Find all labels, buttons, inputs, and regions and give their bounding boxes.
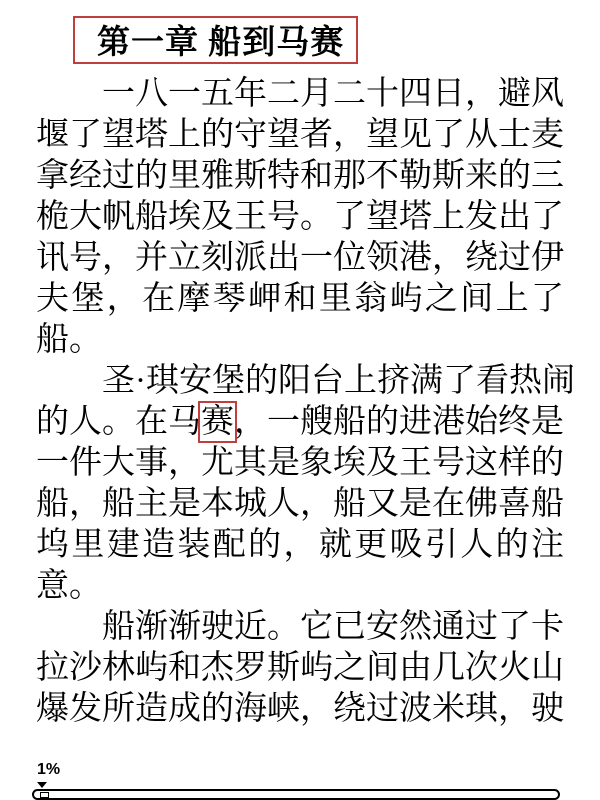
text-line: 意。 xyxy=(36,566,564,607)
text-line: 爆发所造成的海峡，绕过波米琪，驶 xyxy=(36,689,564,730)
text-line: 圣·琪安堡的阳台上挤满了看热闹 xyxy=(36,361,564,402)
text-line: 拉沙林屿和杰罗斯屿之间由几次火山 xyxy=(36,648,564,689)
text-line: 船，船主是本城人，船又是在佛喜船 xyxy=(36,484,564,525)
text-line: 夫堡，在摩琴岬和里翁屿之间上了 xyxy=(36,279,564,320)
text-line: 船。 xyxy=(36,320,564,361)
text-line: 坞里建造装配的，就更吸引人的注 xyxy=(36,525,564,566)
search-highlight-box: 赛 xyxy=(201,404,234,440)
triangle-down-icon xyxy=(37,782,47,788)
progress-bar[interactable] xyxy=(32,789,560,800)
progress-thumb[interactable] xyxy=(40,792,49,798)
progress-percent-label: 1% xyxy=(37,761,60,779)
text-before-highlight: 的人。在马 xyxy=(36,404,201,440)
text-line: 堰了望塔上的守望者，望见了从士麦 xyxy=(36,115,564,156)
chapter-title-box: 第一章 船到马赛 xyxy=(73,16,358,64)
ebook-reader-page: 第一章 船到马赛 一八一五年二月二十四日，避风堰了望塔上的守望者，望见了从士麦拿… xyxy=(0,0,600,800)
page-text: 一八一五年二月二十四日，避风堰了望塔上的守望者，望见了从士麦拿经过的里雅斯特和那… xyxy=(36,74,564,730)
text-after-highlight: ，一艘船的进港始终是 xyxy=(234,404,564,440)
text-line: 讯号，并立刻派出一位领港，绕过伊 xyxy=(36,238,564,279)
text-line: 拿经过的里雅斯特和那不勒斯来的三 xyxy=(36,156,564,197)
text-line: 的人。在马赛，一艘船的进港始终是 xyxy=(36,402,564,443)
text-line: 一八一五年二月二十四日，避风 xyxy=(36,74,564,115)
text-line: 船渐渐驶近。它已安然通过了卡 xyxy=(36,607,564,648)
text-line: 一件大事，尤其是象埃及王号这样的 xyxy=(36,443,564,484)
text-line: 桅大帆船埃及王号。了望塔上发出了 xyxy=(36,197,564,238)
chapter-title: 第一章 船到马赛 xyxy=(97,16,344,63)
